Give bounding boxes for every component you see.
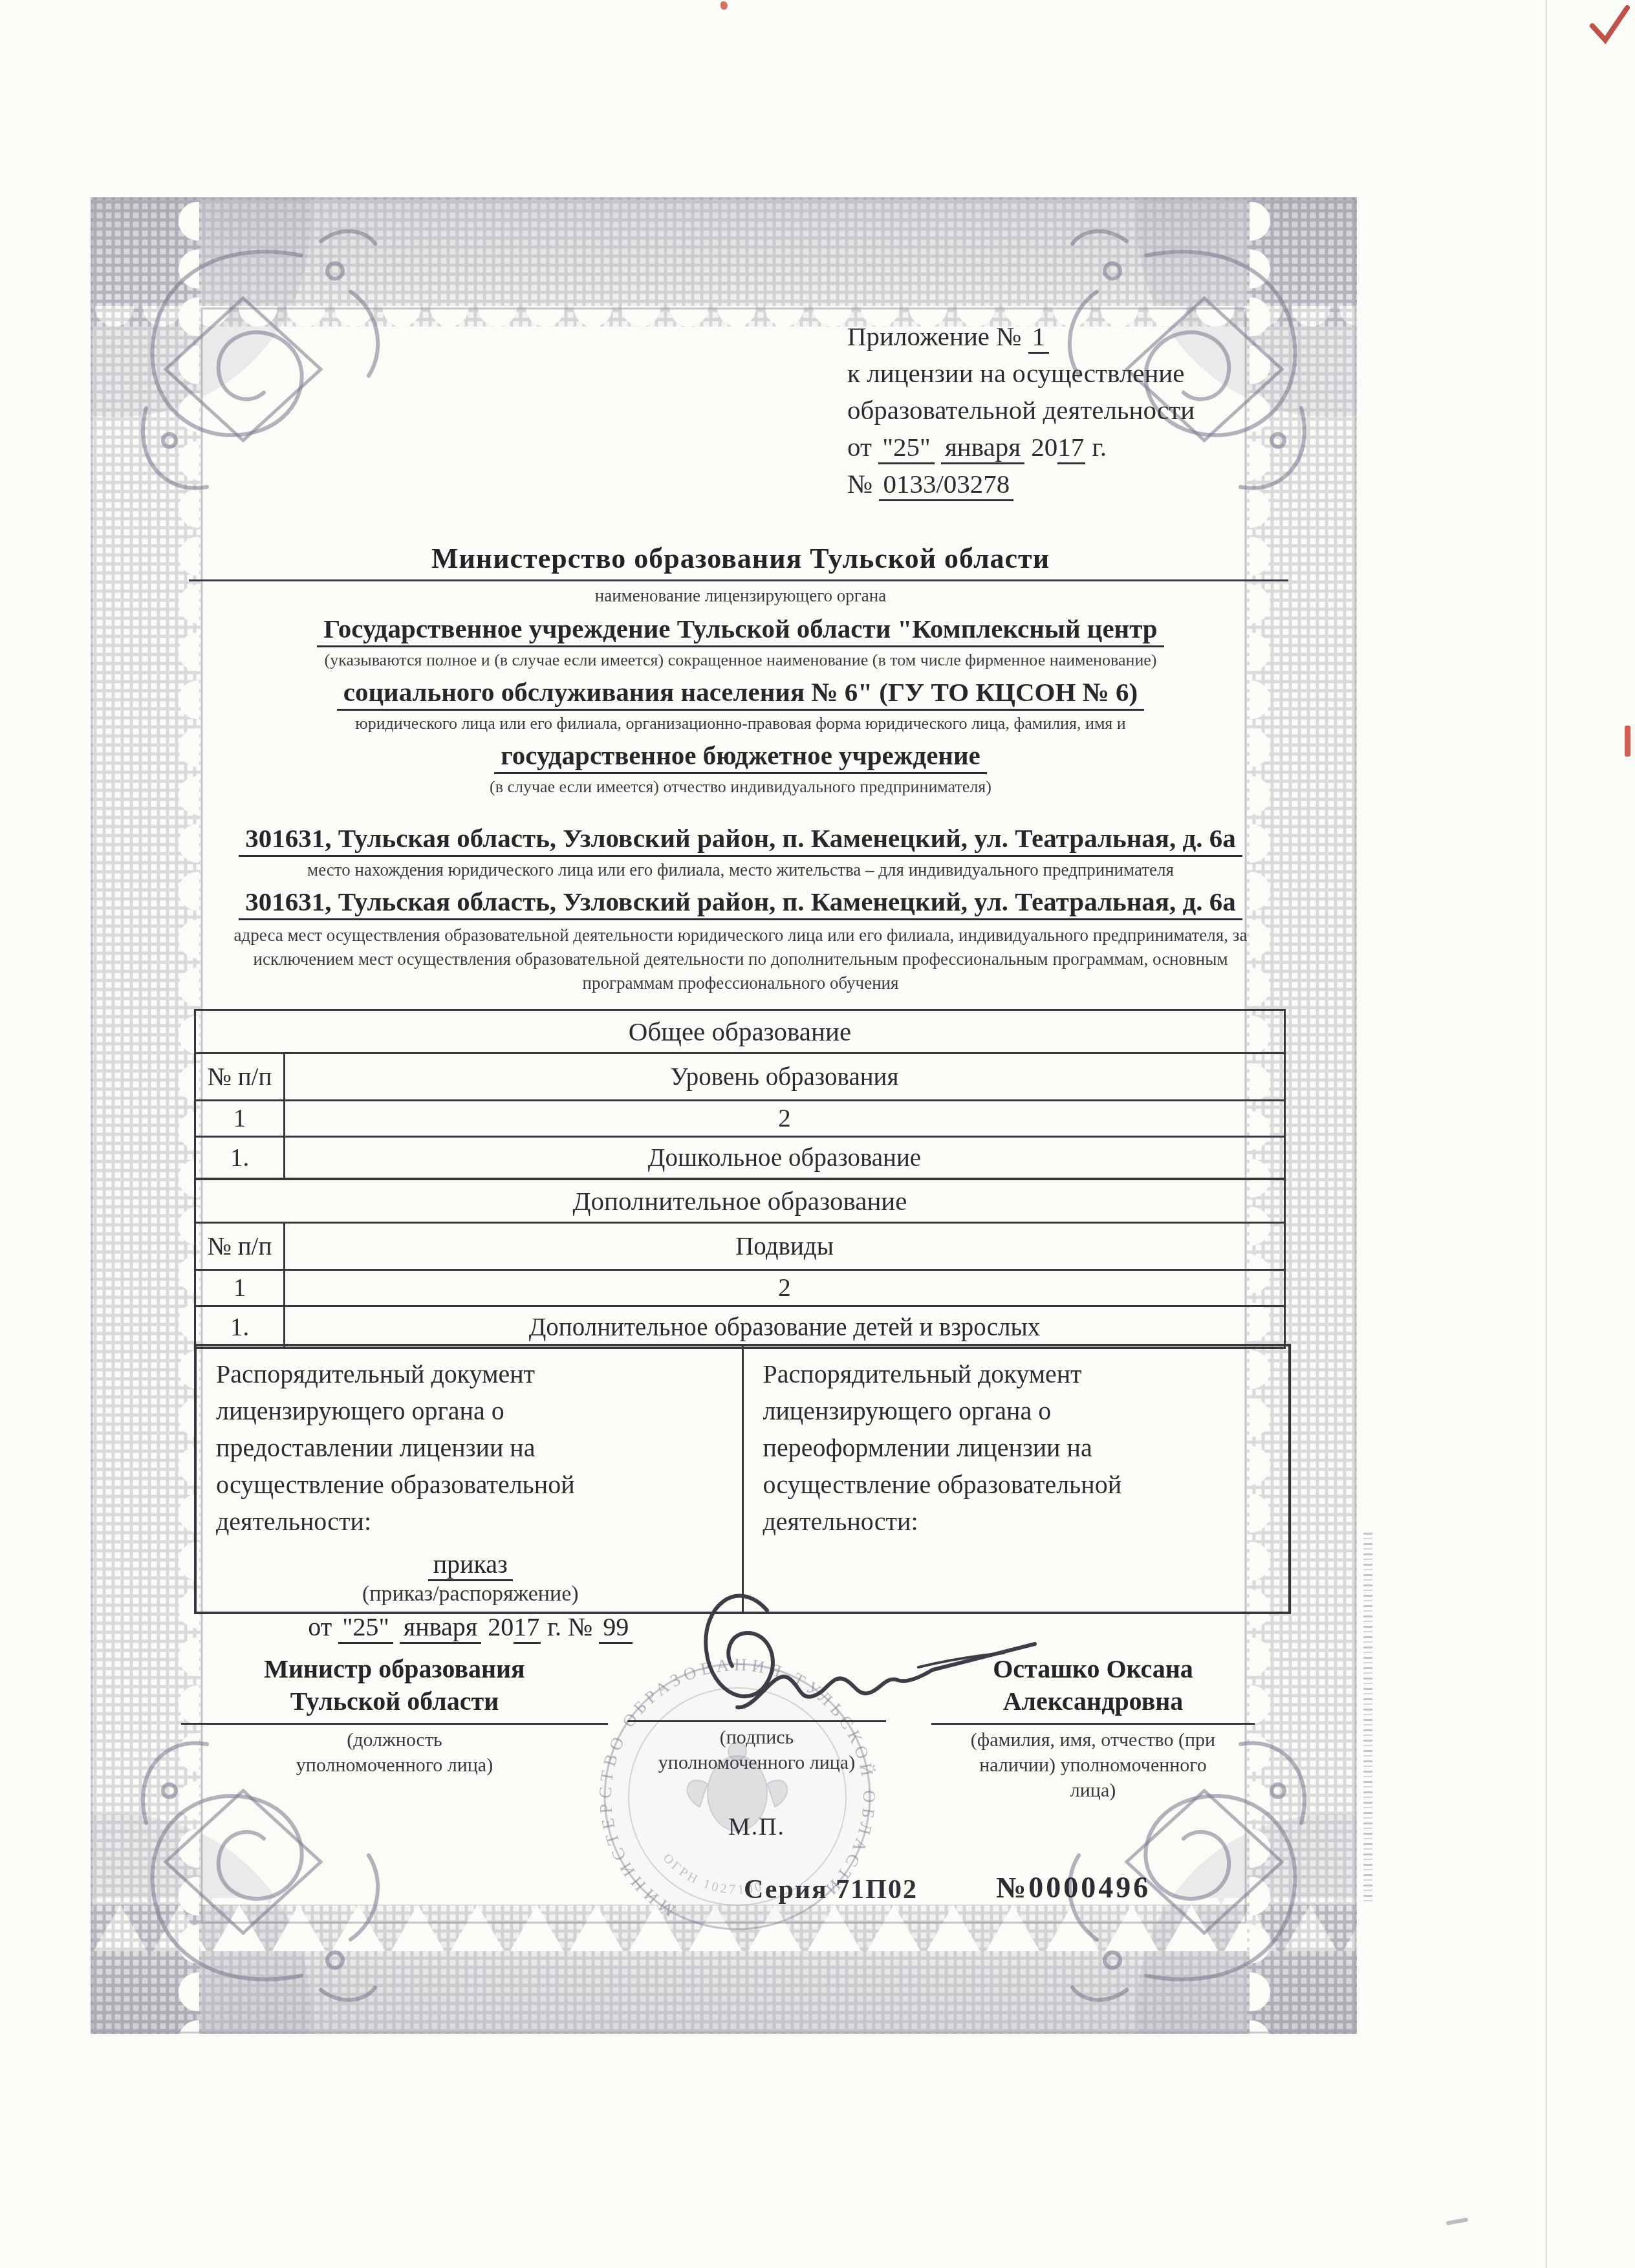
org-caption-2: юридического лица или его филиала, орган… <box>194 714 1287 733</box>
license-line-1: к лицензии на осуществление <box>847 355 1326 392</box>
authority-name: Министерство образования Тульской област… <box>194 542 1287 575</box>
order-number: 99 <box>599 1612 633 1644</box>
additional-education-table: Дополнительное образование № п/п Подвиды… <box>194 1178 1286 1349</box>
col-header-subtypes: Подвиды <box>285 1223 1285 1270</box>
red-pen-mark <box>1588 4 1634 49</box>
order-reissue-text: Распорядительный документ лицензирующего… <box>763 1355 1203 1540</box>
series-value: 71П02 <box>836 1875 918 1905</box>
date-suffix: г. <box>1092 432 1107 462</box>
appendix-header: Приложение № 1 к лицензии на осуществлен… <box>847 318 1326 502</box>
red-edge-mark <box>1625 726 1630 757</box>
row-number-cell: 1. <box>195 1137 285 1179</box>
index-cell: 1 <box>195 1101 285 1137</box>
scanned-license-appendix-page: Приложение № 1 к лицензии на осуществлен… <box>0 0 1635 2268</box>
position-signature-line <box>181 1723 608 1725</box>
series-label: Серия <box>744 1875 828 1905</box>
org-name-line-1: Государственное учреждение Тульской обла… <box>194 613 1287 647</box>
handwritten-signature <box>640 1571 1067 1733</box>
red-speck <box>720 1 728 10</box>
signatory-position-column: Министр образования Тульской области (до… <box>181 1653 608 1778</box>
printer-imprint-microtext <box>1363 1533 1372 1901</box>
authority-rule <box>189 579 1288 581</box>
blank-number-label: № <box>996 1871 1028 1904</box>
appendix-number: 1 <box>1028 321 1050 354</box>
pencil-mark <box>1446 2218 1469 2225</box>
date-month: января <box>941 432 1024 464</box>
appendix-label: Приложение № <box>847 321 1021 351</box>
license-number-label: № <box>847 469 872 499</box>
position-name-line-1: Министр образования <box>181 1653 608 1685</box>
index-cell: 2 <box>285 1270 1285 1306</box>
education-subtype-cell: Дополнительное образование детей и взрос… <box>285 1306 1285 1348</box>
date-year-b: 17 <box>1057 432 1085 464</box>
date-day: "25" <box>878 432 934 464</box>
license-number-value: 0133/03278 <box>879 469 1013 501</box>
sheet-edge-shadow <box>1546 0 1547 2268</box>
col-header-level: Уровень образования <box>285 1053 1285 1101</box>
order-granting-text: Распорядительный документ лицензирующего… <box>216 1355 656 1540</box>
table-title: Дополнительное образование <box>195 1180 1285 1223</box>
org-caption-1: (указываются полное и (в случае если име… <box>194 651 1287 670</box>
index-cell: 2 <box>285 1101 1285 1137</box>
appendix-title-line: Приложение № 1 <box>847 318 1326 355</box>
activity-address-caption: адреса мест осуществления образовательно… <box>233 923 1248 995</box>
license-date-line: от "25" января 2017 г. <box>847 429 1326 466</box>
license-line-2: образовательной деятельности <box>847 392 1326 429</box>
org-caption-3: (в случае если имеется) отчество индивид… <box>194 777 1287 797</box>
org-name-line-2: социального обслуживания населения № 6" … <box>194 676 1287 711</box>
position-caption: (должность уполномоченного лица) <box>281 1727 508 1778</box>
org-legal-form-line: государственное бюджетное учреждение <box>194 740 1287 774</box>
col-header-no: № п/п <box>195 1223 285 1270</box>
table-row: 1 2 <box>195 1270 1285 1306</box>
table-row: 1. Дошкольное образование <box>195 1137 1285 1179</box>
education-level-cell: Дошкольное образование <box>285 1137 1285 1179</box>
person-caption: (фамилия, имя, отчество (при наличии) уп… <box>970 1727 1216 1803</box>
date-year-a: 20 <box>1031 432 1057 462</box>
license-number-line: № 0133/03278 <box>847 466 1326 502</box>
legal-address-caption: место нахождения юридического лица или е… <box>194 860 1287 880</box>
authority-caption: наименование лицензирующего органа <box>194 586 1287 606</box>
index-cell: 1 <box>195 1270 285 1306</box>
legal-address-line: 301631, Тульская область, Узловский райо… <box>194 823 1287 857</box>
position-name-line-2: Тульской области <box>181 1685 608 1718</box>
blank-number-value: 0000496 <box>1028 1871 1151 1904</box>
row-number-cell: 1. <box>195 1306 285 1348</box>
table-row: 1 2 <box>195 1101 1285 1137</box>
blank-number-line: №0000496 <box>996 1870 1151 1905</box>
table-title: Общее образование <box>195 1010 1285 1053</box>
general-education-table: Общее образование № п/п Уровень образова… <box>194 1009 1286 1180</box>
table-row: 1. Дополнительное образование детей и вз… <box>195 1306 1285 1348</box>
date-prefix: от <box>847 432 872 462</box>
activity-address-line: 301631, Тульская область, Узловский райо… <box>194 886 1287 920</box>
col-header-no: № п/п <box>195 1053 285 1101</box>
seal-place-label: М.П. <box>627 1813 886 1841</box>
series-line: Серия 71П02 <box>744 1874 918 1905</box>
